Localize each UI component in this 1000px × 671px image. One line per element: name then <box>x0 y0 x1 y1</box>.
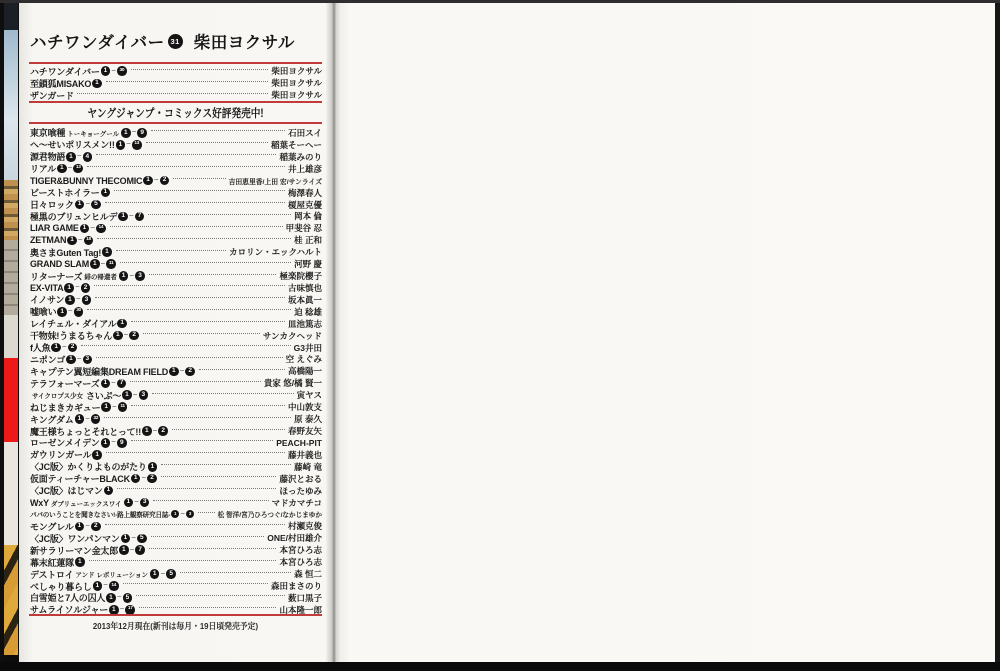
catalog-row: ハチワンダイバー1–30柴田ヨクサル <box>30 65 322 77</box>
volume-badge: 3 <box>186 510 194 518</box>
range-dash: – <box>104 582 108 589</box>
book-title-series: ハチワンダイバー <box>30 29 165 53</box>
series-title: 〈JC版〉はじマン <box>30 484 103 497</box>
author-name: 極楽院櫻子 <box>279 270 322 282</box>
left-page: ハチワンダイバー31柴田ヨクサル ハチワンダイバー1–30柴田ヨクサル至鎖狐MI… <box>19 2 332 663</box>
volume-badge: 1 <box>121 534 131 544</box>
range-dash: – <box>78 236 82 243</box>
dot-leader <box>149 274 277 275</box>
author-name: 貴家 悠/橘 賢一 <box>264 377 322 389</box>
range-dash: – <box>142 475 146 482</box>
volume-badge: 18 <box>84 236 94 246</box>
catalog-row: ZETMAN1–18桂 正和 <box>30 234 322 246</box>
volume-badge: 2 <box>160 176 170 186</box>
dot-leader <box>130 381 260 382</box>
volume-badge: 7 <box>135 212 145 222</box>
dot-leader <box>198 512 214 513</box>
volume-badge: 3 <box>139 390 149 400</box>
author-name: 迫 稔雄 <box>294 306 322 318</box>
author-name: 坂本眞一 <box>288 294 322 306</box>
dot-leader <box>96 357 283 358</box>
author-name: カロリン・エックハルト <box>229 246 322 258</box>
volume-badge: 1 <box>117 319 127 329</box>
catalog-row: テラフォーマーズ1–7貴家 悠/橘 賢一 <box>30 377 322 389</box>
author-name: 松 智洋/宮乃ひろつぐ/なかじまゆか <box>218 509 322 519</box>
author-name: 寅ヤス <box>297 389 322 401</box>
catalog-row: イノサン1–3坂本眞一 <box>30 294 322 306</box>
author-name: PEACH-PIT <box>276 438 322 448</box>
volume-badge: 1 <box>150 569 160 579</box>
volume-badge: 1 <box>106 593 116 603</box>
volume-badge: 1 <box>124 498 134 508</box>
catalog-row: へ〜せいポリスメン!!1–13稲葉そーへー <box>30 139 322 151</box>
catalog-row: ローゼンメイデン1–9PEACH-PIT <box>30 437 322 449</box>
author-name: G3井田 <box>294 342 322 354</box>
volume-badge: 1 <box>101 379 111 389</box>
volume-badge: 1 <box>131 474 141 484</box>
range-dash: – <box>132 129 136 136</box>
range-dash: – <box>112 403 116 410</box>
dot-leader <box>116 250 226 251</box>
spine-art-dark <box>4 0 18 30</box>
spine-art-red-block <box>4 358 18 442</box>
author-name: 甲斐谷 忍 <box>286 222 322 234</box>
book-volume-badge: 31 <box>168 34 183 49</box>
dot-leader <box>180 572 291 573</box>
volume-badge: 1 <box>102 247 112 257</box>
catalog-row: デストロイアンド レボリューション1–5森 恒二 <box>30 568 322 580</box>
catalog-row: 嘘喰い1–30迫 稔雄 <box>30 306 322 318</box>
dot-leader <box>143 333 260 334</box>
catalog-row: パパのいうことを聞きなさい!-路上観察研究日誌-1–3松 智洋/宮乃ひろつぐ/な… <box>30 509 322 521</box>
volume-badge: 2 <box>147 474 157 484</box>
dot-leader <box>87 309 291 310</box>
catalog-row: 魔王様ちょっとそれとって!!1–2春野友矢 <box>30 425 322 437</box>
volume-badge: 1 <box>64 283 74 293</box>
volume-badge: 2 <box>91 522 101 532</box>
spine-art-yellow-stripes <box>4 545 18 655</box>
dot-leader <box>96 154 276 155</box>
volume-badge: 1 <box>51 343 61 353</box>
author-name: 柴田ヨクサル <box>271 77 322 89</box>
range-dash: – <box>130 546 134 553</box>
scanned-book-spread: ハチワンダイバー31柴田ヨクサル ハチワンダイバー1–30柴田ヨクサル至鎖狐MI… <box>0 0 1000 671</box>
dot-leader <box>149 548 277 549</box>
series-title: WxY <box>30 498 49 508</box>
volume-badge: 3 <box>83 355 93 365</box>
catalog-row: 東京喰種トーキョーグール1–9石田スイ <box>30 127 322 139</box>
author-name: サンカクヘッド <box>263 330 322 342</box>
range-dash: – <box>86 522 90 529</box>
volume-badge: 1 <box>121 128 131 138</box>
red-rule <box>29 101 322 103</box>
volume-badge: 4 <box>83 152 93 162</box>
volume-badge: 13 <box>73 164 83 174</box>
series-title: パパのいうことを聞きなさい!-路上観察研究日誌- <box>30 509 170 519</box>
author-name: 稲葉そーへー <box>271 139 322 151</box>
dot-leader <box>161 464 291 465</box>
range-dash: – <box>120 606 124 613</box>
volume-badge: 1 <box>75 200 85 210</box>
author-name: 皿池篤志 <box>288 318 322 330</box>
author-name: 井上雄彦 <box>288 163 322 175</box>
author-name: 本宮ひろ志 <box>279 556 322 568</box>
dot-leader <box>105 202 285 203</box>
dot-leader <box>104 417 291 418</box>
volume-badge: 1 <box>171 510 179 518</box>
volume-badge: 1 <box>57 164 67 174</box>
volume-badge: 1 <box>90 259 100 269</box>
dot-leader <box>139 607 277 608</box>
dot-leader <box>151 536 265 537</box>
catalog-row: GRAND SLAM1–11河野 慶 <box>30 258 322 270</box>
catalog-row: べしゃり暮らし1–14森田まさのり <box>30 580 322 592</box>
spine-art-tan-bands <box>4 180 18 240</box>
volume-badge: 1 <box>92 79 102 89</box>
volume-badge: 2 <box>129 331 139 341</box>
series-title: リターナーズ <box>30 270 82 283</box>
author-name: 石田スイ <box>288 127 322 139</box>
range-dash: – <box>133 391 137 398</box>
volume-badge: 30 <box>117 66 127 76</box>
dot-leader <box>89 560 277 561</box>
dot-leader <box>87 166 285 167</box>
volume-badge: 3 <box>82 295 92 305</box>
dot-leader <box>97 238 291 239</box>
range-dash: – <box>180 367 184 374</box>
author-name: 河野 慶 <box>294 258 322 270</box>
series-title: ZETMAN <box>30 235 66 245</box>
series-title: リアル <box>30 162 56 175</box>
volume-badge: 9 <box>117 438 127 448</box>
author-name: 中山敦支 <box>288 401 322 413</box>
right-page <box>338 2 995 662</box>
author-name: 柴田ヨクサル <box>271 89 322 101</box>
dot-leader <box>152 393 294 394</box>
author-name: 藤沢とおる <box>279 473 322 485</box>
author-name: 榎屋克優 <box>288 199 322 211</box>
author-name: 森 恒二 <box>294 568 322 580</box>
volume-badge: 7 <box>117 379 127 389</box>
catalog-row: EX-VITA1–2古味慎也 <box>30 282 322 294</box>
volume-badge: 9 <box>137 128 147 138</box>
volume-badge: 1 <box>113 331 123 341</box>
volume-badge: 1 <box>101 402 111 412</box>
author-name: 村瀬克俊 <box>288 520 322 532</box>
volume-badge: 2 <box>185 367 195 377</box>
series-title: EX-VITA <box>30 283 63 293</box>
range-dash: – <box>112 67 116 74</box>
volume-badge: 14 <box>109 581 119 591</box>
catalog-row: 〈JC版〉かくりよものがたり1藤崎 竜 <box>30 461 322 473</box>
volume-badge: 1 <box>92 450 102 460</box>
volume-badge: 1 <box>93 581 103 591</box>
range-dash: – <box>124 332 128 339</box>
catalog-row: TIGER&BUNNY THECOMIC1–2吉田恵里香/上田 宏/サンライズ <box>30 175 322 187</box>
range-dash: – <box>112 379 116 386</box>
volume-badge: 1 <box>67 236 77 246</box>
catalog-row: 白雪姫と7人の囚人1–5薮口黒子 <box>30 592 322 604</box>
volume-badge: 1 <box>142 426 152 436</box>
catalog-row: 極黒のブリュンヒルデ1–7岡本 倫 <box>30 210 322 222</box>
volume-badge: 7 <box>135 545 145 555</box>
dot-leader <box>110 226 283 227</box>
dot-leader <box>131 69 269 70</box>
catalog-row: WxYダブリューエックスワイ1–3マドカマチコ <box>30 497 322 509</box>
volume-badge: 5 <box>137 534 147 544</box>
catalog-row: レイチェル・ダイアル1皿池篤志 <box>30 318 322 330</box>
author-name: 柴田ヨクサル <box>271 65 322 77</box>
dot-leader <box>114 190 285 191</box>
catalog-row: LIAR GAME1–14甲斐谷 忍 <box>30 222 322 234</box>
catalog-row: 〈JC版〉はじマン1ほったゆみ <box>30 485 322 497</box>
volume-badge: 2 <box>68 343 78 353</box>
dot-leader <box>131 405 285 406</box>
catalog-row: キャプテン翼短編集DREAM FIELD1–2高橋陽一 <box>30 365 322 377</box>
catalog-row: リターナーズ緋の帰還者1–3極楽院櫻子 <box>30 270 322 282</box>
volume-badge: 3 <box>135 271 145 281</box>
dot-leader <box>136 595 285 596</box>
volume-badge: 1 <box>66 355 76 365</box>
volume-badge: 1 <box>122 390 132 400</box>
author-name: 藤井義也 <box>288 449 322 461</box>
author-name: 岡本 倫 <box>294 210 322 222</box>
red-rule <box>29 122 322 124</box>
dot-leader <box>117 488 276 489</box>
dot-leader <box>148 214 291 215</box>
author-works-list: ハチワンダイバー1–30柴田ヨクサル至鎖狐MISAKO1柴田ヨクサルザンガード柴… <box>30 65 322 102</box>
catalog-row: モングレル1–2村瀬克俊 <box>30 520 322 532</box>
catalog-header: ヤングジャンプ・コミックス好評発売中! <box>52 105 298 121</box>
range-dash: – <box>153 427 157 434</box>
dot-leader <box>146 142 268 143</box>
range-dash: – <box>68 308 72 315</box>
author-name: 稲葉みのり <box>279 151 322 163</box>
footer-note: 2013年12月現在(新刊は毎月・19日頃発売予定) <box>41 620 311 632</box>
series-title: GRAND SLAM <box>30 259 89 269</box>
scan-right-edge <box>995 0 1000 671</box>
author-name: 梅澤春人 <box>288 187 322 199</box>
volume-badge: 2 <box>81 283 91 293</box>
volume-badge: 13 <box>132 140 142 150</box>
volume-badge: 1 <box>101 188 111 198</box>
range-dash: – <box>68 165 72 172</box>
volume-badge: 3 <box>140 498 150 508</box>
dot-leader <box>199 369 285 370</box>
range-dash: – <box>86 415 90 422</box>
series-subtitle: サイクロプス少女 <box>32 391 85 400</box>
dot-leader <box>94 285 285 286</box>
volume-badge: 32 <box>91 414 101 424</box>
volume-badge: 1 <box>57 307 67 317</box>
volume-badge: 1 <box>143 176 153 186</box>
catalog-row: 干物妹!うまるちゃん1–2サンカクヘッド <box>30 330 322 342</box>
dot-leader <box>131 321 285 322</box>
catalog-row: 源君物語1–4稲葉みのり <box>30 151 322 163</box>
series-title: 至鎖狐MISAKO <box>30 77 91 90</box>
range-dash: – <box>154 177 158 184</box>
series-subtitle: ダブリューエックスワイ <box>51 499 122 508</box>
volume-badge: 1 <box>75 557 85 567</box>
range-dash: – <box>129 212 133 219</box>
series-subtitle: トーキョーグール <box>67 129 119 138</box>
catalog-list: 東京喰種トーキョーグール1–9石田スイへ〜せいポリスメン!!1–13稲葉そーへー… <box>30 127 322 616</box>
range-dash: – <box>161 570 165 577</box>
author-name: 原 泰久 <box>294 413 322 425</box>
author-name: 高橋陽一 <box>288 365 322 377</box>
catalog-row: ビーストホイラー1梅澤春人 <box>30 187 322 199</box>
dot-leader <box>123 583 268 584</box>
range-dash: – <box>101 260 105 267</box>
range-dash: – <box>75 284 79 291</box>
range-dash: – <box>77 153 81 160</box>
catalog-row: 新サラリーマン金太郎1–7本宮ひろ志 <box>30 544 322 556</box>
volume-badge: 1 <box>80 224 90 234</box>
volume-badge: 5 <box>166 569 176 579</box>
range-dash: – <box>181 510 185 517</box>
page-gutter <box>326 2 342 662</box>
spine-art-sky <box>4 30 18 180</box>
dot-leader <box>172 429 285 430</box>
volume-badge: 1 <box>148 462 158 472</box>
catalog-row: ねじまきカギュー1–11中山敦支 <box>30 401 322 413</box>
series-title: 奥さまGuten Tag! <box>30 246 101 259</box>
catalog-row: ガウリンガール1藤井義也 <box>30 449 322 461</box>
catalog-row: ザンガード柴田ヨクサル <box>30 89 322 101</box>
volume-badge: 1 <box>65 295 75 305</box>
volume-badge: 1 <box>119 545 129 555</box>
range-dash: – <box>112 439 116 446</box>
author-name: 春野友矢 <box>288 425 322 437</box>
series-title: ハチワンダイバー <box>30 65 100 78</box>
dot-leader <box>105 524 285 525</box>
volume-badge: 1 <box>116 140 126 150</box>
range-dash: – <box>130 272 134 279</box>
series-title: TIGER&BUNNY THECOMIC <box>30 176 142 186</box>
catalog-row: ニポンゴ1–3空 えぐみ <box>30 354 322 366</box>
volume-badge: 1 <box>75 414 85 424</box>
range-dash: – <box>62 344 66 351</box>
author-name: 吉田恵里香/上田 宏/サンライズ <box>229 176 322 186</box>
volume-badge: 11 <box>106 259 116 269</box>
book-title: ハチワンダイバー31柴田ヨクサル <box>30 29 322 53</box>
dot-leader <box>161 476 277 477</box>
volume-badge: 1 <box>66 152 76 162</box>
catalog-row: f人魚1–2G3井田 <box>30 342 322 354</box>
range-dash: – <box>91 224 95 231</box>
spine-art-light <box>4 315 18 358</box>
volume-badge: 2 <box>158 426 168 436</box>
volume-badge: 1 <box>104 486 114 496</box>
dot-leader <box>81 345 290 346</box>
dot-leader <box>120 262 291 263</box>
series-subtitle: 緋の帰還者 <box>84 272 117 281</box>
volume-badge: 1 <box>169 367 179 377</box>
catalog-row: 幕末紅蓮隊1本宮ひろ志 <box>30 556 322 568</box>
author-name: マドカマチコ <box>272 497 322 509</box>
spine-art-white <box>4 442 18 545</box>
volume-badge: 5 <box>123 593 133 603</box>
range-dash: – <box>86 200 90 207</box>
range-dash: – <box>77 355 81 362</box>
catalog-row: 至鎖狐MISAKO1柴田ヨクサル <box>30 77 322 89</box>
volume-badge: 1 <box>75 522 85 532</box>
range-dash: – <box>127 141 131 148</box>
catalog-row: 奥さまGuten Tag!1カロリン・エックハルト <box>30 246 322 258</box>
range-dash: – <box>135 499 139 506</box>
dot-leader <box>77 93 269 94</box>
author-name: 薮口黒子 <box>288 592 322 604</box>
dot-leader <box>151 130 285 131</box>
scan-top-edge <box>0 0 1000 3</box>
cover-spine-strip <box>0 0 19 671</box>
author-name: ONE/村田雄介 <box>267 532 322 544</box>
author-name: 空 えぐみ <box>286 353 322 365</box>
volume-badge: 1 <box>119 271 129 281</box>
volume-badge: 30 <box>74 307 84 317</box>
series-title: 極黒のブリュンヒルデ <box>30 210 117 223</box>
catalog-row: リアル1–13井上雄彦 <box>30 163 322 175</box>
catalog-row: サイクロプス少女 さいぷ〜1–3寅ヤス <box>30 389 322 401</box>
volume-badge: 1 <box>101 438 111 448</box>
author-name: 本宮ひろ志 <box>279 544 322 556</box>
author-name: ほったゆみ <box>279 485 322 497</box>
catalog-row: キングダム1–32原 泰久 <box>30 413 322 425</box>
spine-art-gray-bands <box>4 240 18 315</box>
catalog-row: 仮面ティーチャーBLACK1–2藤沢とおる <box>30 473 322 485</box>
series-title: LIAR GAME <box>30 223 79 233</box>
volume-badge: 1 <box>118 212 128 222</box>
catalog-row: 日々ロック1–5榎屋克優 <box>30 199 322 211</box>
dot-leader <box>95 297 285 298</box>
author-name: 古味慎也 <box>288 282 322 294</box>
volume-badge: 1 <box>101 66 111 76</box>
dot-leader <box>153 500 268 501</box>
series-subtitle: アンド レボリューション <box>75 570 148 579</box>
range-dash: – <box>132 534 136 541</box>
range-dash: – <box>117 594 121 601</box>
volume-badge: 14 <box>96 224 106 234</box>
catalog-row: 〈JC版〉ワンパンマン1–5ONE/村田雄介 <box>30 532 322 544</box>
book-title-author: 柴田ヨクサル <box>194 29 295 53</box>
red-rule <box>29 614 322 616</box>
dot-leader <box>106 452 285 453</box>
author-name: 藤崎 竜 <box>294 461 322 473</box>
dot-leader <box>106 81 269 82</box>
scan-bottom-edge <box>0 662 1000 671</box>
volume-badge: 5 <box>91 200 101 210</box>
author-name: 桂 正和 <box>294 234 322 246</box>
range-dash: – <box>76 296 80 303</box>
author-name: 森田まさのり <box>271 580 322 592</box>
dot-leader <box>131 440 274 441</box>
volume-badge: 11 <box>118 402 128 412</box>
dot-leader <box>173 178 225 179</box>
